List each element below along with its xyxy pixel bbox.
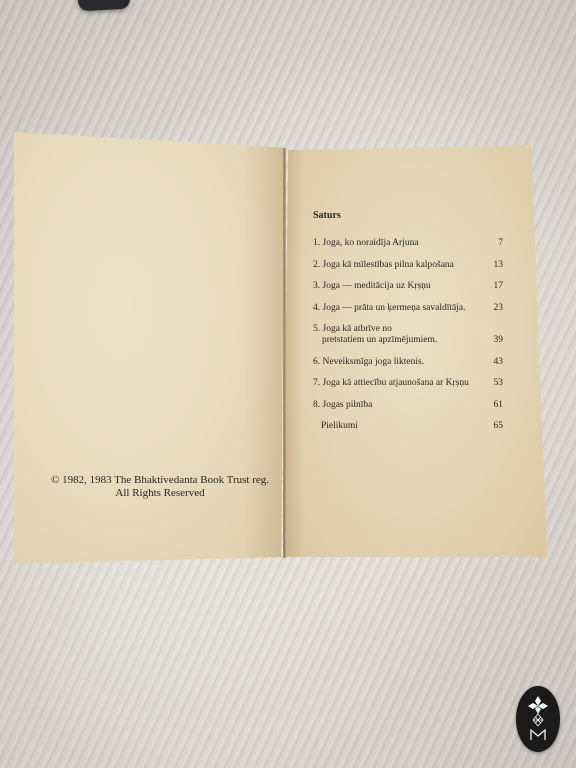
- rights-line: All Rights Reserved: [40, 487, 280, 500]
- phone-edge: [78, 0, 131, 11]
- toc-entry: 7. Joga kā attiecību atjaunošana ar Kṛṣṇ…: [313, 378, 503, 389]
- toc-entry: 6. Neveiksmīga joga liktenis. 43: [313, 357, 503, 368]
- flower-monogram-icon: [516, 686, 560, 752]
- copyright-notice: © 1982, 1983 The Bhaktivedanta Book Trus…: [40, 474, 280, 500]
- toc-title: Saturs: [313, 210, 503, 221]
- toc-entry: 2. Joga kā mīlestības pilna kalpošana 13: [313, 260, 503, 271]
- book-spine-gutter: [283, 148, 286, 558]
- toc-entry: 1. Joga, ko noraidīja Arjuna 7: [313, 238, 503, 249]
- toc-entry: 4. Joga — prāta un ķermeņa savaldītāja. …: [313, 303, 503, 314]
- toc-entry: 5. Joga kā atbrīve no pretstatiem un apz…: [313, 324, 503, 346]
- toc-entry: Pielikumi 65: [313, 421, 503, 432]
- copyright-line: © 1982, 1983 The Bhaktivedanta Book Trus…: [40, 474, 280, 487]
- table-of-contents: Saturs 1. Joga, ko noraidīja Arjuna 7 2.…: [313, 210, 503, 443]
- toc-entry: 3. Joga — meditācija uz Kṛṣṇu 17: [313, 281, 503, 292]
- watermark-badge: [516, 686, 560, 752]
- toc-entry: 8. Jogas pilnība 61: [313, 400, 503, 411]
